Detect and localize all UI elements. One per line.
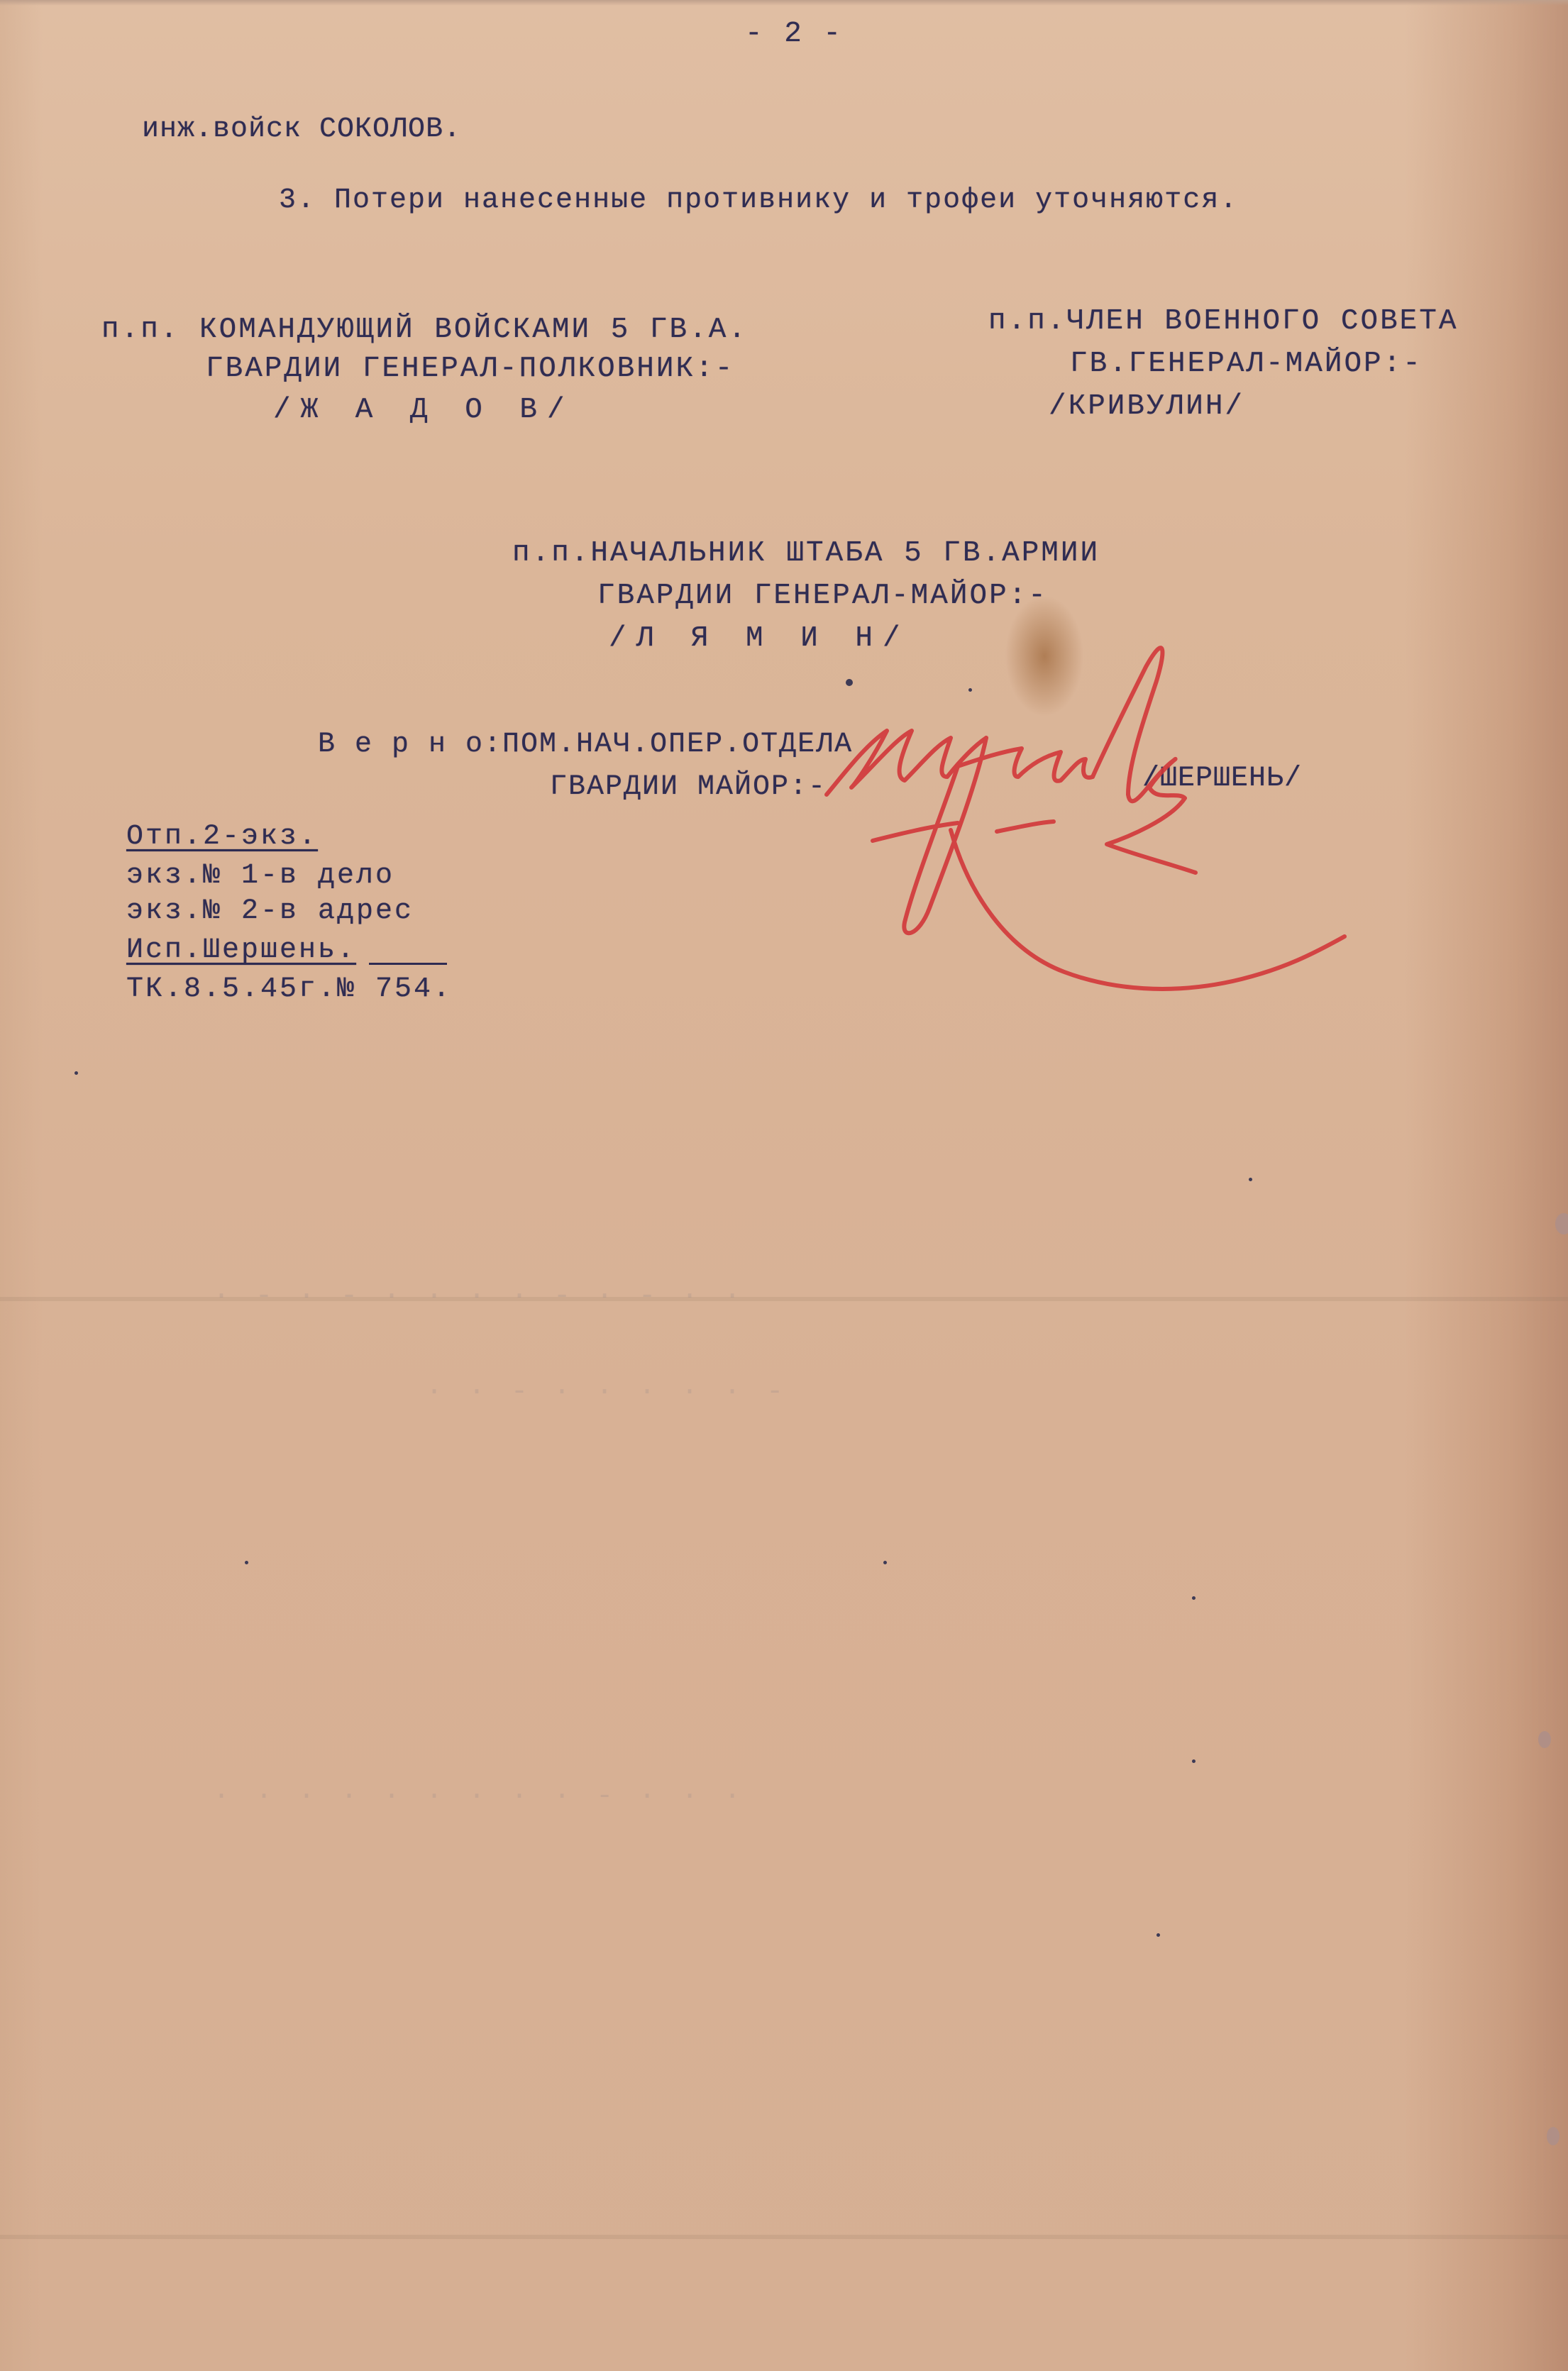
executor-underline-extension [369,963,447,965]
show-through-text: · - · - · · · · - · - · · [213,1281,745,1312]
page-number: - 2 - [745,20,843,49]
copies-count: Отп.2-экз. [126,823,318,851]
council-member-name: /КРИВУЛИН/ [1049,392,1244,421]
reference-number: ТК.8.5.45г.№ 754. [126,976,452,1004]
item-3-losses-note: 3. Потери нанесенные противнику и трофеи… [279,187,1238,215]
document-page: · - · - · · · · - · - · · · · - · · · · … [0,0,1568,2371]
copy-2-destination: экз.№ 2-в адрес [126,897,414,926]
ink-speck [883,1561,887,1564]
paper-damage [1547,2127,1559,2145]
page-top-edge [0,0,1568,6]
chief-of-staff-title: п.п.НАЧАЛЬНИК ШТАБА 5 ГВ.АРМИИ [512,539,1100,568]
commander-rank: ГВАРДИИ ГЕНЕРАЛ-ПОЛКОВНИК:- [206,355,734,384]
fold-crease [0,2235,1568,2239]
council-member-rank: ГВ.ГЕНЕРАЛ-МАЙОР:- [1070,350,1423,379]
commander-name: /Ж А Д О В/ [273,396,575,425]
copy-1-destination: экз.№ 1-в дело [126,862,394,890]
red-signature [816,624,1568,1121]
certification-title: В е р н о:ПОМ.НАЧ.ОПЕР.ОТДЕЛА [318,731,853,759]
paper-damage [1555,1213,1568,1234]
ink-speck [1192,1759,1196,1763]
continuation-line: инж.войск СОКОЛОВ. [142,116,461,144]
ink-speck [245,1561,248,1564]
show-through-text: · · · · · · · · · - · · · [213,1781,745,1813]
council-member-title: п.п.ЧЛЕН ВОЕННОГО СОВЕТА [988,307,1459,336]
executor-name: Исп.Шершень. [126,936,356,965]
ink-speck [1249,1178,1252,1181]
ink-speck [74,1071,78,1075]
show-through-text: · · - · · · · · - [426,1376,788,1408]
commander-title: п.п. КОМАНДУЮЩИЙ ВОЙСКАМИ 5 ГВ.А. [101,316,748,345]
ink-speck [1192,1596,1196,1600]
paper-damage [1538,1731,1551,1748]
chief-of-staff-rank: ГВАРДИИ ГЕНЕРАЛ-МАЙОР:- [597,582,1048,611]
certification-rank: ГВАРДИИ МАЙОР:- [550,773,827,802]
ink-speck [1156,1933,1160,1937]
